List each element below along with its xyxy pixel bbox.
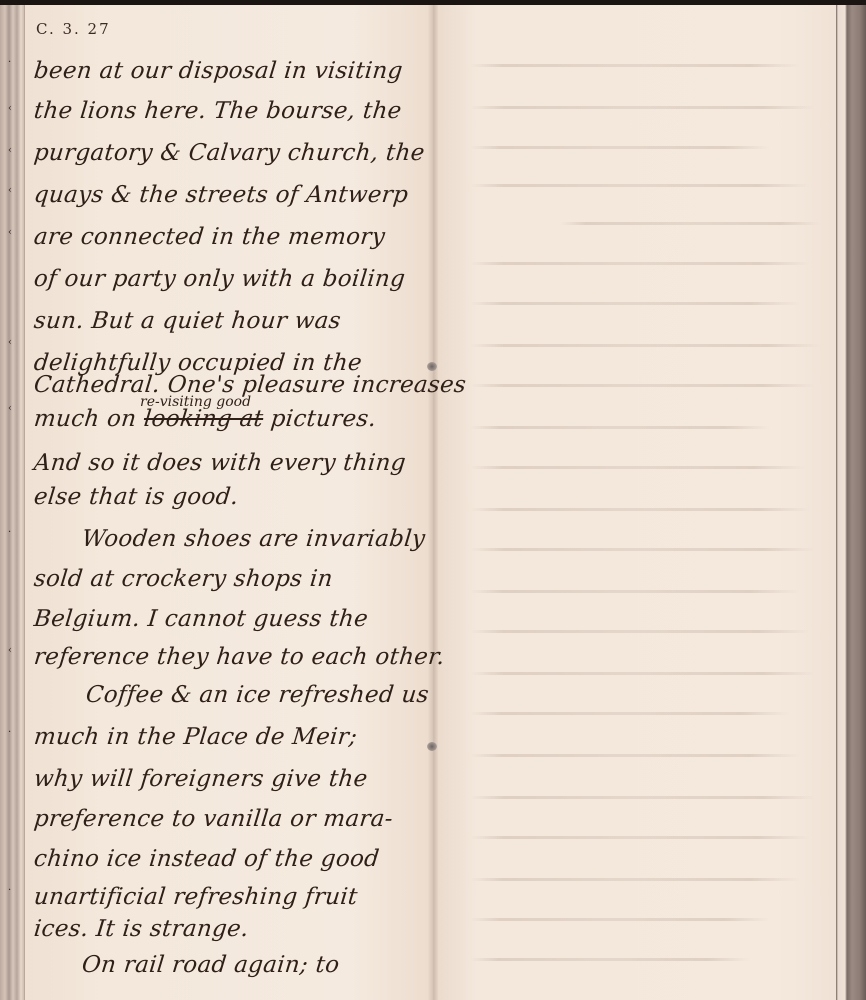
binding-stitch-hole bbox=[427, 362, 437, 371]
bleed-through-line bbox=[470, 146, 770, 149]
bleed-through-line bbox=[470, 508, 810, 511]
handwritten-line: Wooden shoes are invariably bbox=[81, 526, 427, 552]
handwritten-line: sun. But a quiet hour was bbox=[33, 308, 343, 334]
bleed-through-line bbox=[470, 958, 750, 961]
handwritten-line: quays & the streets of Antwerp bbox=[33, 182, 410, 208]
bleed-through-line bbox=[470, 836, 810, 839]
handwritten-line: sold at crockery shops in bbox=[33, 566, 334, 592]
margin-mark: · bbox=[8, 888, 12, 894]
bleed-through-line bbox=[470, 64, 800, 67]
bleed-through-line bbox=[470, 630, 810, 633]
handwritten-line: reference they have to each other. bbox=[33, 644, 446, 670]
bleed-through-line bbox=[470, 262, 810, 265]
handwritten-line: purgatory & Calvary church, the bbox=[33, 140, 426, 166]
handwritten-line: ices. It is strange. bbox=[33, 916, 250, 942]
margin-mark: · bbox=[8, 730, 12, 736]
handwritten-line: the lions here. The bourse, the bbox=[33, 98, 403, 124]
bleed-through-line bbox=[470, 754, 800, 757]
bleed-through-line bbox=[470, 878, 800, 881]
binding-stitch-hole bbox=[427, 742, 437, 751]
handwritten-line-with-correction: much on looking at pictures. bbox=[33, 406, 378, 432]
book-gutter bbox=[428, 5, 438, 1000]
handwritten-line: why will foreigners give the bbox=[33, 766, 369, 792]
left-page-stack-edge bbox=[0, 5, 24, 1000]
struck-text: looking at bbox=[143, 406, 265, 432]
page-reference: C. 3. 27 bbox=[36, 20, 111, 38]
margin-mark: · bbox=[8, 530, 12, 536]
margin-mark: ‹ bbox=[8, 188, 12, 194]
bleed-through-line bbox=[470, 106, 815, 109]
margin-mark: ‹ bbox=[8, 148, 12, 154]
bleed-through-line bbox=[470, 426, 770, 429]
text-before: much on bbox=[33, 406, 146, 432]
margin-mark: ‹ bbox=[8, 106, 12, 112]
handwritten-line: On rail road again; to bbox=[81, 952, 341, 978]
bleed-through-line bbox=[470, 796, 815, 799]
handwritten-line: Coffee & an ice refreshed us bbox=[85, 682, 431, 708]
bleed-through-line bbox=[470, 918, 770, 921]
bleed-through-line bbox=[470, 590, 800, 593]
bleed-through-line bbox=[470, 302, 800, 305]
right-page-stack-edge bbox=[836, 5, 866, 1000]
handwritten-line: are connected in the memory bbox=[33, 224, 387, 250]
margin-mark: · bbox=[8, 60, 12, 66]
bleed-through-line bbox=[470, 384, 815, 387]
text-after: pictures. bbox=[262, 406, 378, 432]
handwritten-line: And so it does with every thing bbox=[33, 450, 408, 476]
margin-mark: ‹ bbox=[8, 648, 12, 654]
right-page-blank bbox=[438, 5, 836, 1000]
bleed-through-line bbox=[470, 672, 815, 675]
bleed-through-line bbox=[470, 184, 810, 187]
handwritten-line: unartificial refreshing fruit bbox=[33, 884, 359, 910]
handwritten-line: Belgium. I cannot guess the bbox=[33, 606, 370, 632]
handwritten-line: much in the Place de Meir; bbox=[33, 724, 359, 750]
bleed-through-line bbox=[470, 548, 815, 551]
bleed-through-line bbox=[470, 344, 820, 347]
handwritten-line: chino ice instead of the good bbox=[33, 846, 381, 872]
handwritten-line: been at our disposal in visiting bbox=[33, 58, 404, 84]
handwritten-line: of our party only with a boiling bbox=[33, 266, 407, 292]
handwritten-line: else that is good. bbox=[33, 484, 240, 510]
bleed-through-line bbox=[470, 466, 805, 469]
bleed-through-line bbox=[470, 712, 790, 715]
handwritten-line: preference to vanilla or mara- bbox=[33, 806, 395, 832]
margin-mark: ‹ bbox=[8, 230, 12, 236]
margin-mark: ‹ bbox=[8, 406, 12, 412]
bleed-through-line bbox=[560, 222, 820, 225]
margin-mark: ‹ bbox=[8, 340, 12, 346]
